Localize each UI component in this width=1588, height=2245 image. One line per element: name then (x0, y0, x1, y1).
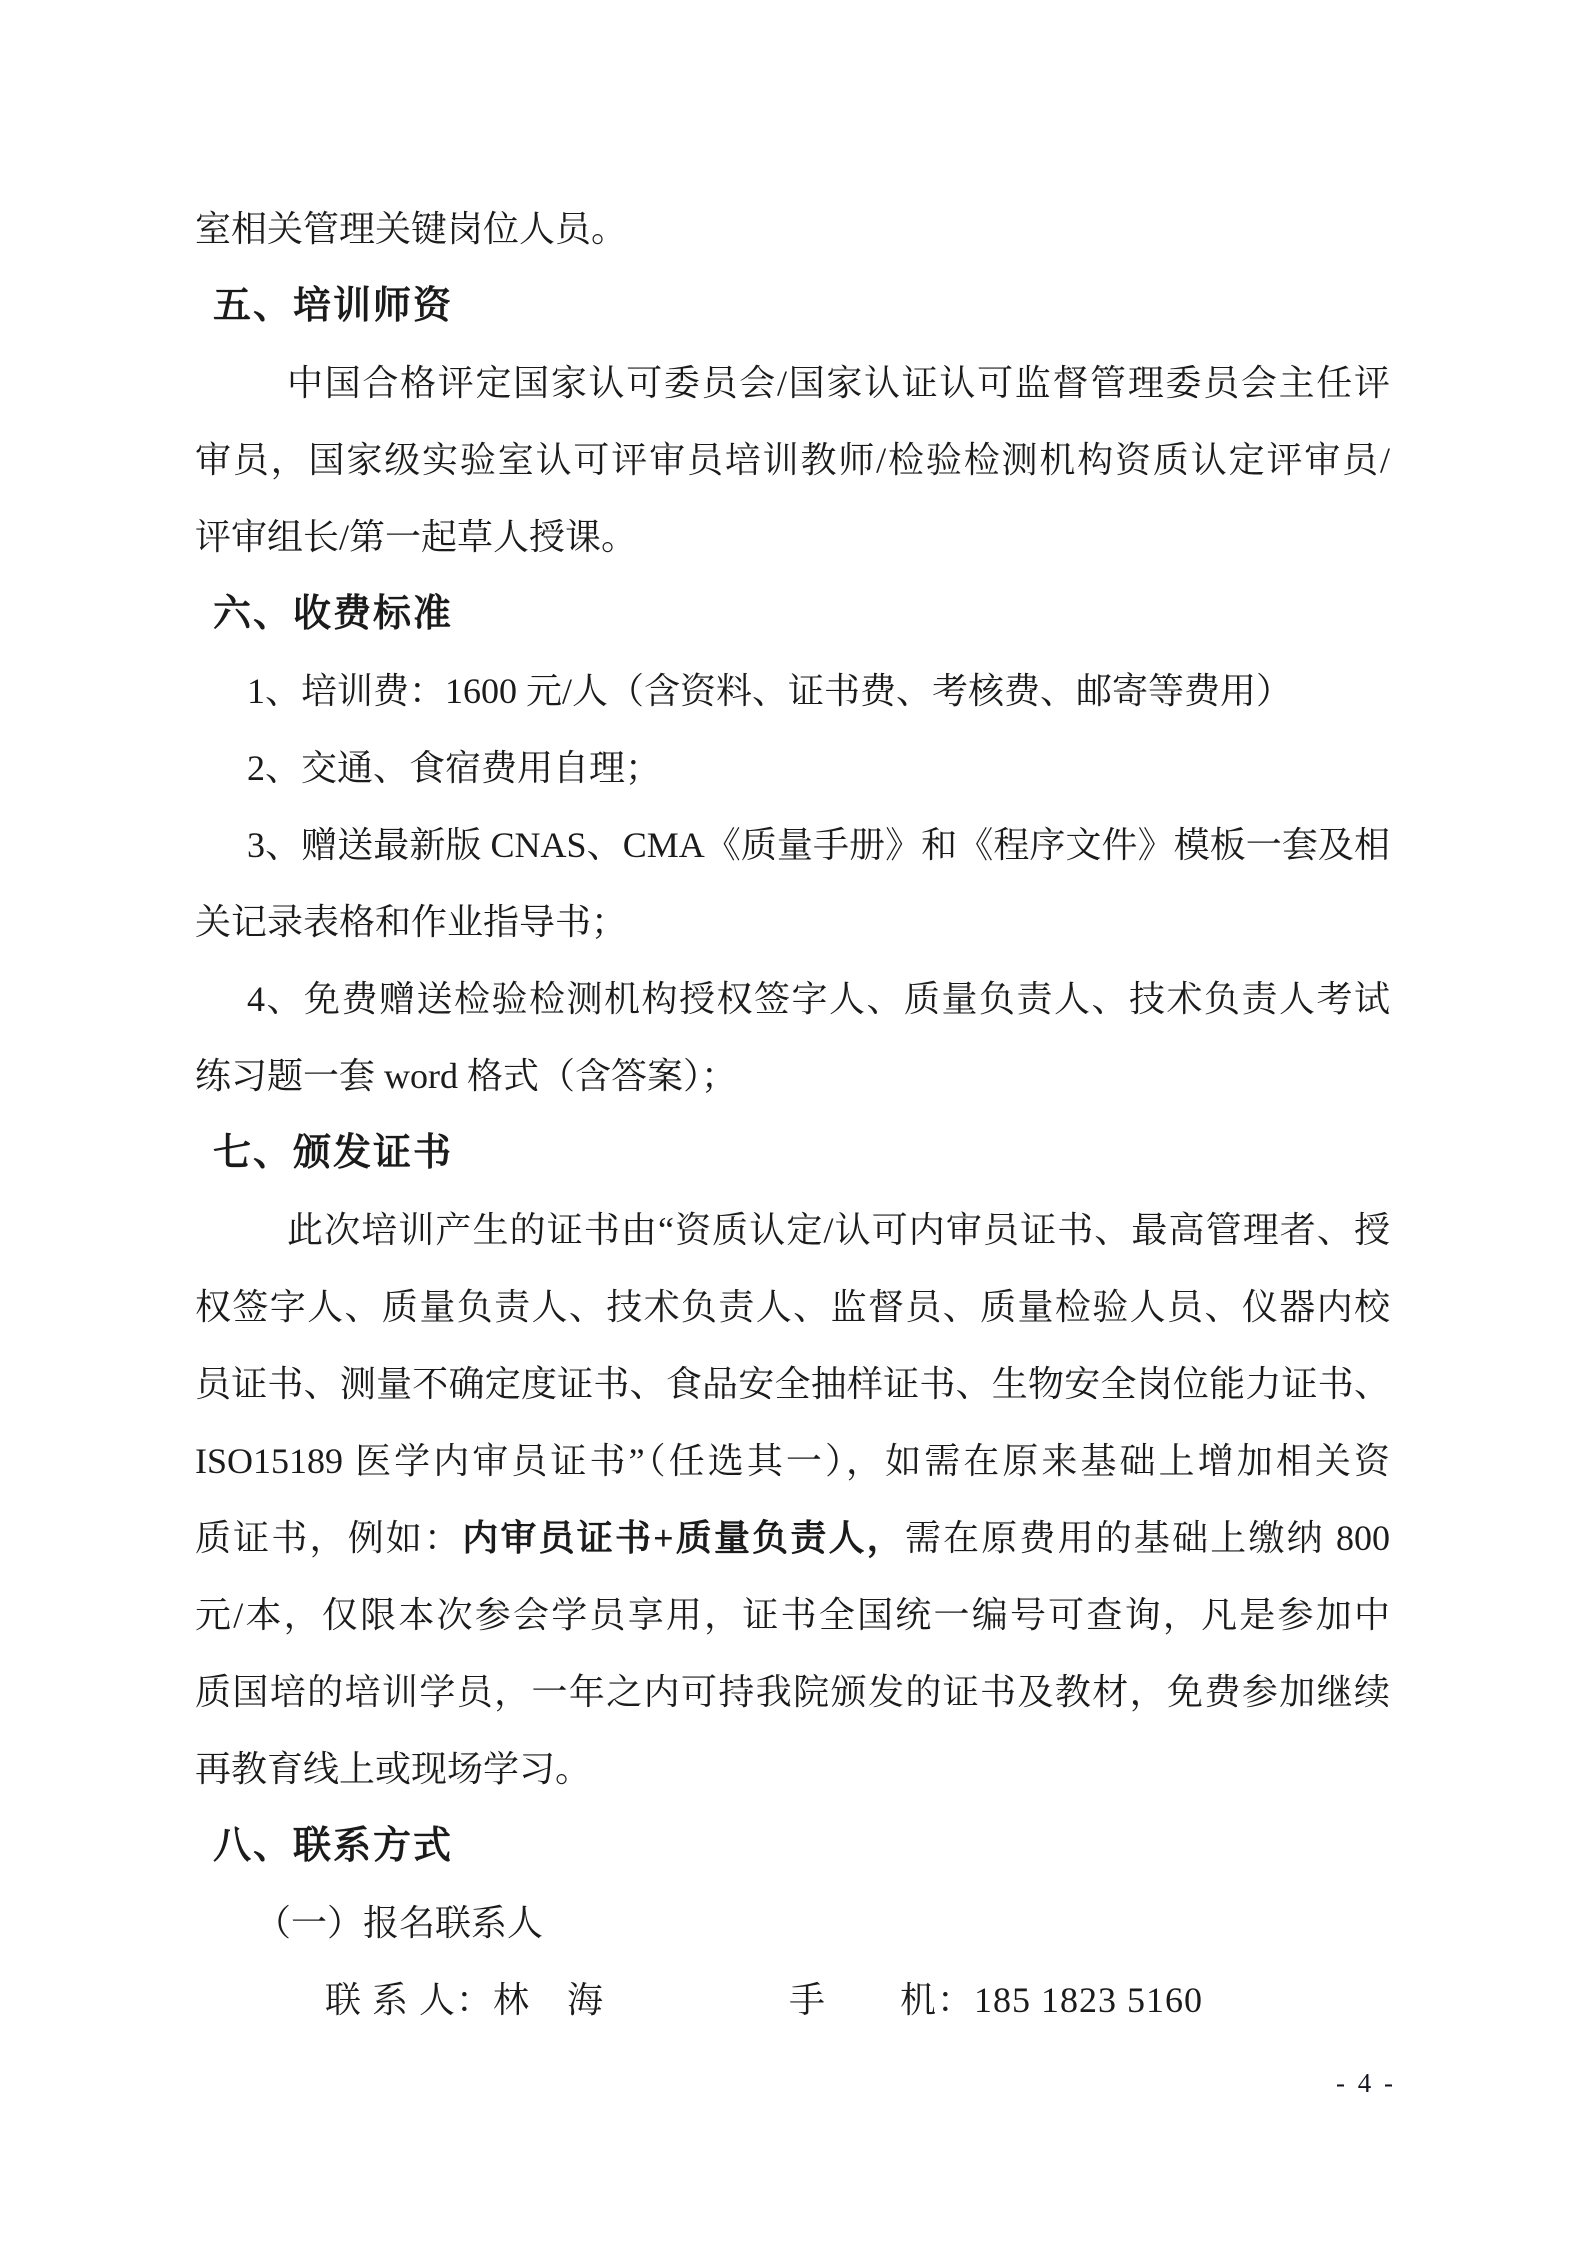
paragraph-line: 室相关管理关键岗位人员。 (195, 191, 1390, 268)
paragraph-line: 此次培训产生的证书由“资质认定/认可内审员证书、最高管理者、授 (195, 1192, 1390, 1269)
paragraph-line: 元/本，仅限本次参会学员享用，证书全国统一编号可查询，凡是参加中 (195, 1577, 1390, 1654)
sub-heading-registration-contact: （一）报名联系人 (195, 1885, 1390, 1962)
document-page: 室相关管理关键岗位人员。 五、培训师资 中国合格评定国家认可委员会/国家认证认可… (0, 0, 1588, 2245)
paragraph-line: 中国合格评定国家认可委员会/国家认证认可监督管理委员会主任评 (195, 345, 1390, 422)
paragraph-line: 审员，国家级实验室认可评审员培训教师/检验检测机构资质认定评审员/ (195, 422, 1390, 499)
paragraph-line: 权签字人、质量负责人、技术负责人、监督员、质量检验人员、仪器内校 (195, 1269, 1390, 1346)
paragraph-line: 评审组长/第一起草人授课。 (195, 499, 1390, 576)
paragraph-text: 需在原费用的基础上缴纳 800 (905, 1518, 1390, 1558)
paragraph-line: 再教育线上或现场学习。 (195, 1731, 1390, 1808)
list-item-line: 3、赠送最新版 CNAS、CMA《质量手册》和《程序文件》模板一套及相 (195, 807, 1390, 884)
document-body: 室相关管理关键岗位人员。 五、培训师资 中国合格评定国家认可委员会/国家认证认可… (195, 191, 1390, 2039)
list-item-line: 关记录表格和作业指导书； (195, 884, 1390, 961)
paragraph-line: 质国培的培训学员，一年之内可持我院颁发的证书及教材，免费参加继续 (195, 1654, 1390, 1731)
list-item-line: 4、免费赠送检验检测机构授权签字人、质量负责人、技术负责人考试 (195, 961, 1390, 1038)
paragraph-text: 质证书，例如： (195, 1518, 462, 1558)
bold-certificate-combo-text: 内审员证书+质量负责人， (462, 1518, 905, 1558)
paragraph-line-with-bold: 质证书，例如：内审员证书+质量负责人，需在原费用的基础上缴纳 800 (195, 1500, 1390, 1577)
list-item-line: 1、培训费：1600 元/人（含资料、证书费、考核费、邮寄等费用） (195, 653, 1390, 730)
section-heading-fee-standard: 六、收费标准 (195, 576, 1390, 653)
section-heading-training-faculty: 五、培训师资 (195, 268, 1390, 345)
contact-person-line: 联 系 人：林 海 手 机：185 1823 5160 (195, 1962, 1390, 2039)
list-item-line: 2、交通、食宿费用自理； (195, 730, 1390, 807)
page-number: - 4 - (1336, 2066, 1396, 2100)
section-heading-certificates: 七、颁发证书 (195, 1115, 1390, 1192)
list-item-line: 练习题一套 word 格式（含答案）； (195, 1038, 1390, 1115)
paragraph-line: ISO15189 医学内审员证书”（任选其一），如需在原来基础上增加相关资 (195, 1423, 1390, 1500)
section-heading-contact: 八、联系方式 (195, 1808, 1390, 1885)
paragraph-line: 员证书、测量不确定度证书、食品安全抽样证书、生物安全岗位能力证书、 (195, 1346, 1390, 1423)
